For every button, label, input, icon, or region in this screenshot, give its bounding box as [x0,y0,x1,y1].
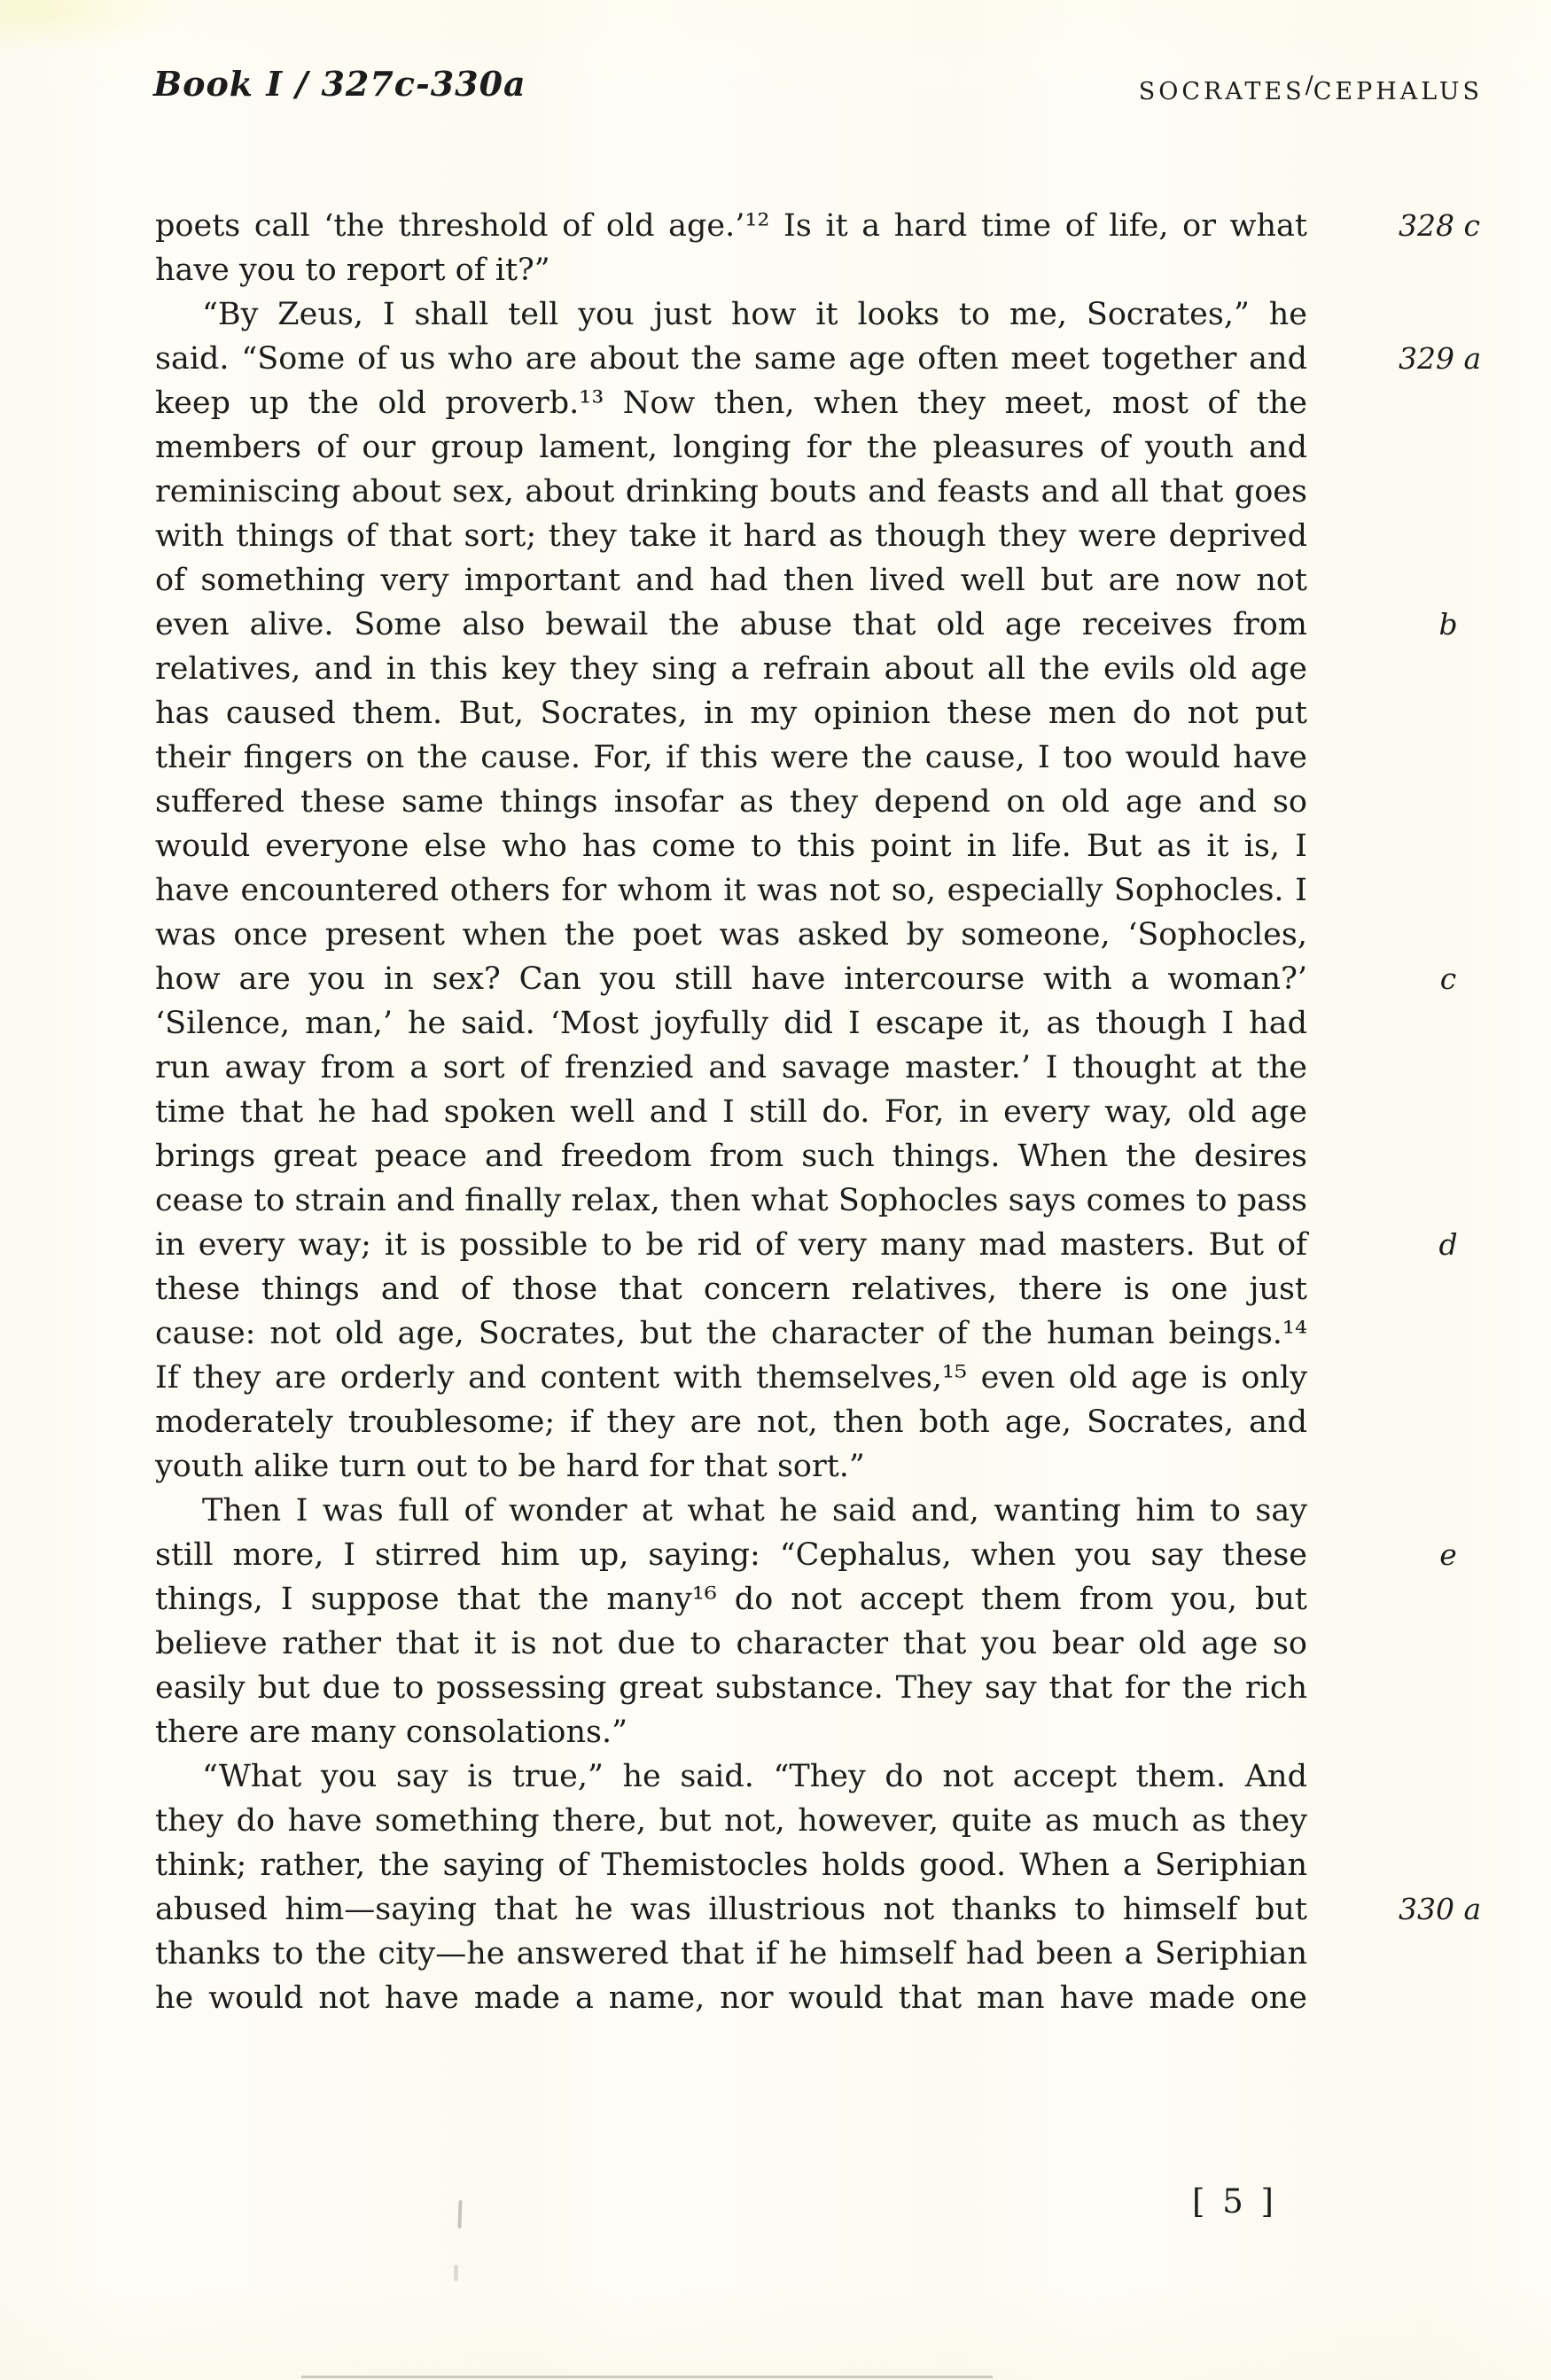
text-line: was once present when the poet was asked… [155,913,1307,957]
text-line: in every way; it is possible to be rid o… [155,1223,1307,1267]
scan-artifact-mark [457,2200,462,2228]
text-line: keep up the old proverb.¹³ Now then, whe… [155,381,1307,425]
text-line: of something very important and had then… [155,558,1307,603]
text-line: thanks to the city—he answered that if h… [155,1932,1307,1976]
text-line: poets call ‘the threshold of old age.’¹²… [155,204,1307,248]
text-line: these things and of those that concern r… [155,1267,1307,1311]
text-line: believe rather that it is not due to cha… [155,1622,1307,1666]
text-line: easily but due to possessing great subst… [155,1666,1307,1710]
text-line: there are many consolations.” [155,1710,1307,1754]
text-line: things, I suppose that the many¹⁶ do not… [155,1577,1307,1622]
text-line: moderately troublesome; if they are not,… [155,1400,1307,1444]
scan-artifact-bottom-edge [301,2376,993,2378]
page-number: [ 5 ] [1168,2180,1301,2224]
text-line: Then I was full of wonder at what he sai… [155,1489,1307,1533]
text-line: their fingers on the cause. For, if this… [155,735,1307,780]
text-line: “What you say is true,” he said. “They d… [155,1754,1307,1799]
text-line: they do have something there, but not, h… [155,1799,1307,1843]
text-line: even alive. Some also bewail the abuse t… [155,603,1307,647]
running-head-speakers: SOCRATES/CEPHALUS [1139,78,1483,105]
text-line: cause: not old age, Socrates, but the ch… [155,1311,1307,1356]
text-line: have you to report of it?” [155,248,1307,292]
scan-artifact-mark [454,2265,458,2281]
speaker-separator: / [1305,72,1313,99]
text-line: with things of that sort; they take it h… [155,514,1307,558]
text-line: would everyone else who has come to this… [155,824,1307,868]
text-line: he would not have made a name, nor would… [155,1976,1307,2020]
speaker-name-second: CEPHALUS [1313,78,1483,105]
stephanus-note: 328 c [1399,204,1498,248]
body-text: poets call ‘the threshold of old age.’¹²… [155,204,1307,2020]
text-line: have encountered others for whom it was … [155,868,1307,913]
running-head-book-section: Book I / 327c-330a [153,64,526,104]
text-line: think; rather, the saying of Themistocle… [155,1843,1307,1887]
text-line: run away from a sort of frenzied and sav… [155,1046,1307,1090]
text-line: said. “Some of us who are about the same… [155,337,1307,381]
text-line: suffered these same things insofar as th… [155,780,1307,824]
stephanus-note: c [1399,957,1498,1001]
text-line: “By Zeus, I shall tell you just how it l… [155,292,1307,337]
text-line: brings great peace and freedom from such… [155,1134,1307,1178]
stephanus-note: e [1399,1533,1498,1577]
text-line: relatives, and in this key they sing a r… [155,647,1307,691]
stephanus-note: b [1399,603,1498,647]
text-line: has caused them. But, Socrates, in my op… [155,691,1307,735]
book-page-scan: Book I / 327c-330a SOCRATES/CEPHALUS poe… [0,0,1551,2380]
text-line: how are you in sex? Can you still have i… [155,957,1307,1001]
text-line: abused him—saying that he was illustriou… [155,1887,1307,1932]
text-line: members of our group lament, longing for… [155,425,1307,470]
text-line: time that he had spoken well and I still… [155,1090,1307,1134]
text-line: still more, I stirred him up, saying: “C… [155,1533,1307,1577]
text-line: youth alike turn out to be hard for that… [155,1444,1307,1489]
stephanus-note: d [1399,1223,1498,1267]
text-line: reminiscing about sex, about drinking bo… [155,470,1307,514]
text-line: If they are orderly and content with the… [155,1356,1307,1400]
stephanus-note: 330 a [1399,1887,1498,1932]
stephanus-note: 329 a [1399,337,1498,381]
speaker-name-first: SOCRATES [1139,78,1305,105]
text-line: cease to strain and finally relax, then … [155,1178,1307,1223]
text-line: ‘Silence, man,’ he said. ‘Most joyfully … [155,1001,1307,1046]
